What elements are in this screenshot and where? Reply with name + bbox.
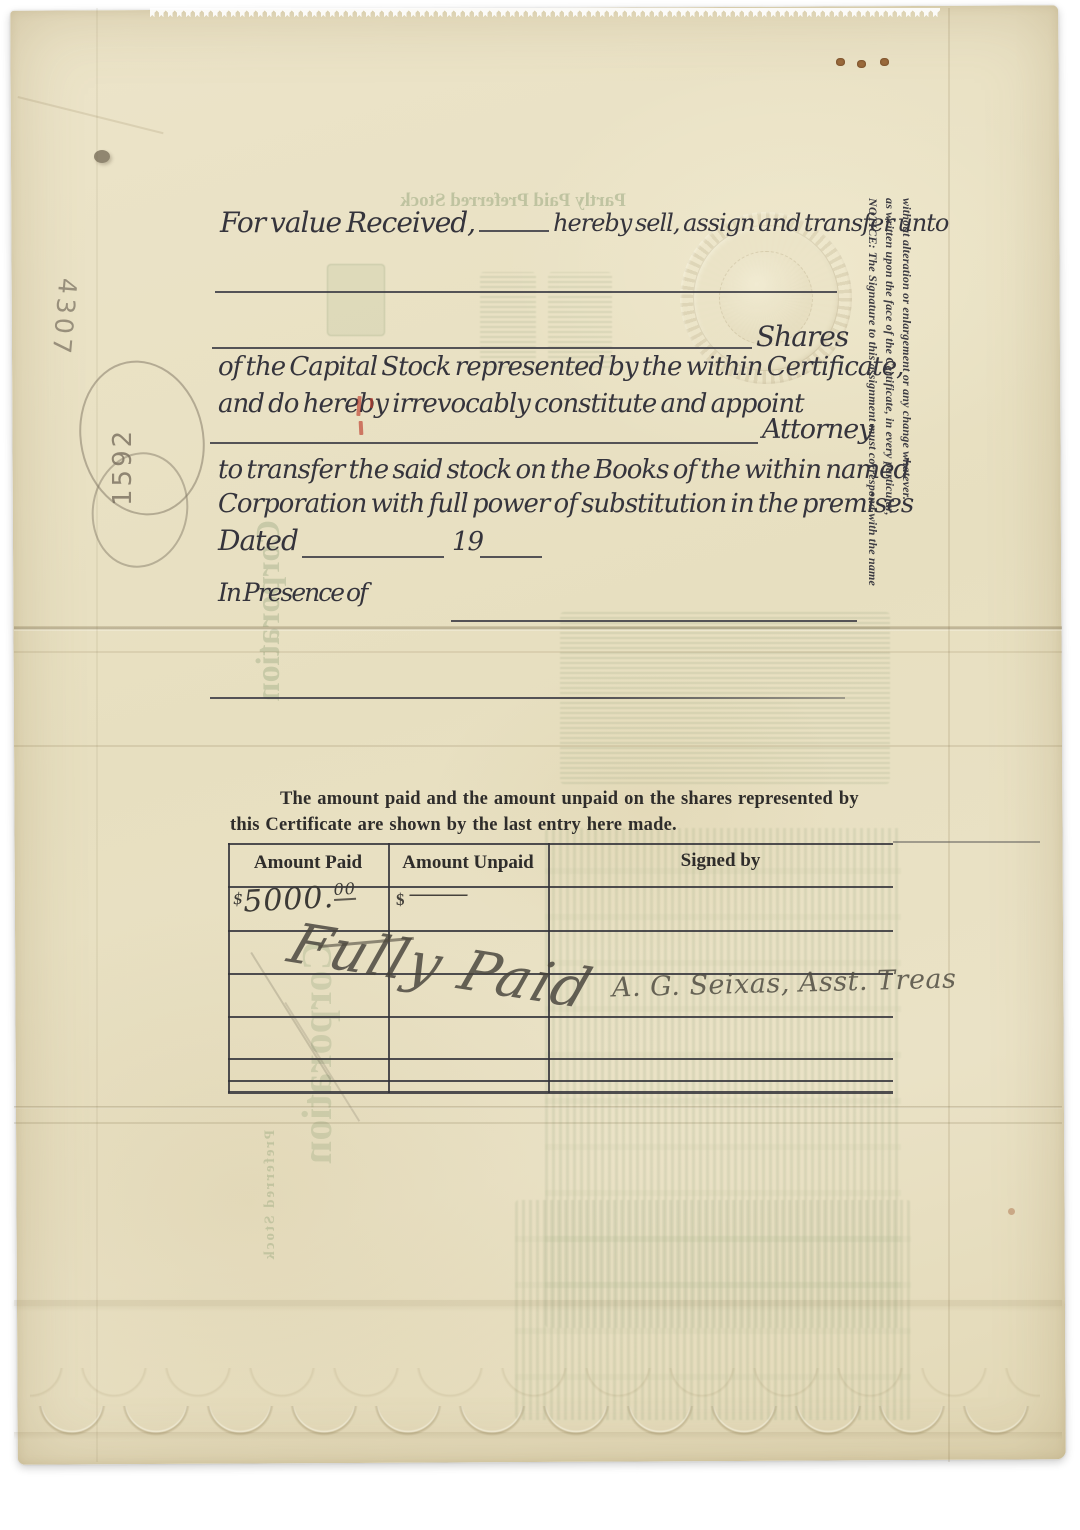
notice-sidebar-text: NOTICE: The Signature to this assignment… [864, 198, 920, 650]
amount-paid-entry: $5000.00 [232, 879, 357, 920]
table-top-border [228, 843, 893, 845]
embossed-scallop-band-upper [30, 1368, 1040, 1408]
header-signed-by: Signed by [548, 850, 893, 872]
perforated-top-edge [150, 8, 940, 17]
capital-stock-line: of the Capital Stock represented by the … [218, 352, 903, 382]
header-amount-paid: Amount Paid [228, 852, 388, 874]
assignee-blank-line-1 [215, 291, 837, 293]
year-prefix: 19 [452, 527, 483, 557]
wrinkle-band [14, 1300, 1062, 1306]
embossed-scallop-band-lower [30, 1406, 1040, 1446]
ghost-small-caps: Preferred Stock [262, 1130, 279, 1370]
attorney-word: Attorney [762, 414, 873, 445]
witness-signature-line [451, 620, 857, 622]
substitution-line: Corporation with full power of substitut… [218, 489, 913, 519]
dated-blank-line [302, 556, 444, 558]
pencil-oval-number: 1592 [108, 382, 148, 506]
ghost-number-block [327, 264, 385, 336]
ghost-vertical-word-lower: Corporation [294, 940, 342, 1330]
staple-hole [880, 58, 889, 66]
vertical-crease-faint [96, 8, 98, 1462]
year-blank-line [480, 556, 542, 558]
table-row-line [228, 1058, 893, 1060]
amount-paid-cents: 00 [333, 879, 356, 901]
table-bottom-line-2 [228, 1091, 893, 1094]
header-amount-unpaid: Amount Unpaid [388, 852, 548, 874]
fold-crease-faint [14, 745, 1062, 747]
shares-blank-line [212, 347, 752, 349]
second-signature-line [210, 697, 845, 699]
name-blank-short [479, 230, 549, 232]
fold-crease [14, 1106, 1062, 1109]
in-presence-of-label: In Presence of [218, 578, 366, 607]
fold-crease-faint [14, 651, 1062, 653]
red-ink-mark [359, 421, 364, 435]
table-bottom-line-1 [228, 1080, 893, 1082]
dated-word: Dated [218, 524, 298, 557]
shares-word: Shares [756, 320, 848, 353]
fold-crease [14, 626, 1062, 631]
assignment-opening-row: For value Received, hereby sell, assign … [220, 206, 948, 239]
staple-hole [836, 58, 845, 66]
ghost-vertical-word-upper: Corporation [250, 520, 288, 790]
transfer-line: to transfer the said stock on the Books … [218, 455, 909, 485]
vertical-crease [948, 8, 950, 1462]
attorney-blank-line [210, 442, 758, 444]
red-ink-mark [370, 398, 373, 408]
table-left-border [228, 843, 230, 1093]
rust-spot [1008, 1208, 1015, 1215]
staple-hole [857, 60, 866, 68]
amount-unpaid-currency: $ [396, 890, 405, 909]
amount-unpaid-entry: $ ——— [396, 886, 466, 911]
table-top-border-extension [893, 841, 1040, 843]
fold-crease-faint [14, 1122, 1062, 1124]
scan-background: Partly Paid Preferred Stock Corporation … [0, 0, 1080, 1530]
opening-script-text: For value Received, [220, 206, 475, 239]
appoint-line: and do hereby irrevocably constitute and… [218, 389, 804, 419]
amount-unpaid-dash: ——— [409, 882, 466, 907]
payment-statement: The amount paid and the amount unpaid on… [230, 786, 892, 838]
amount-paid-value: 5000. [242, 880, 335, 920]
